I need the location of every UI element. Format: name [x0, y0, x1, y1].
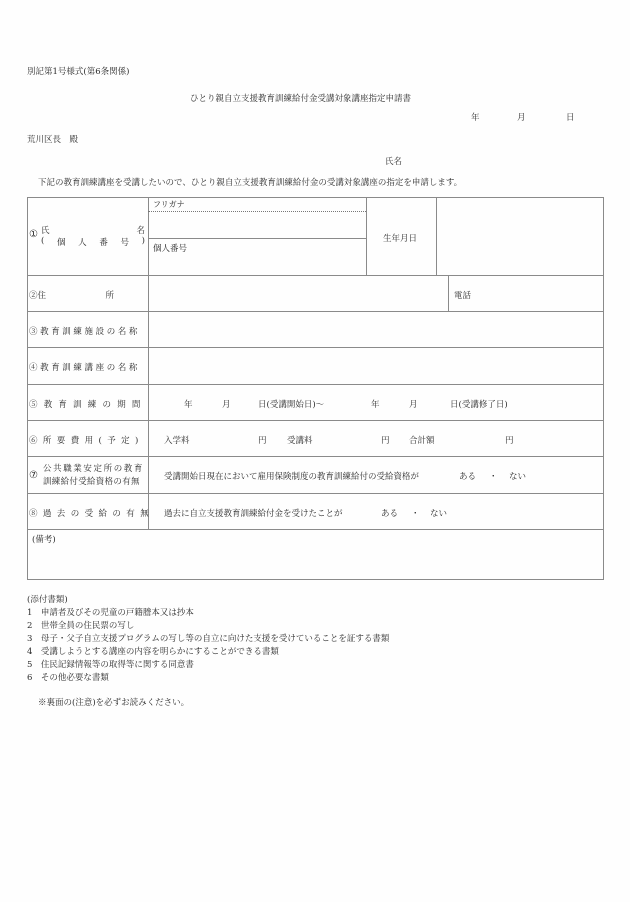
row8-option-no[interactable]: ない [430, 507, 447, 519]
row-divider [27, 347, 604, 348]
remarks-field[interactable] [29, 545, 602, 577]
tuition-field[interactable] [318, 428, 378, 448]
birthdate-column-left [366, 197, 367, 275]
name-field[interactable] [150, 213, 364, 237]
course-name-label: ④教育訓練講座の名称 [29, 361, 140, 373]
table-border-top [27, 197, 604, 198]
row-divider [27, 529, 604, 530]
notice-text: ※裏面の(注意)を必ずお読みください。 [38, 696, 189, 708]
furigana-divider [148, 211, 366, 212]
end-day-label: 日(受講修了日) [450, 398, 508, 410]
facility-name-field[interactable] [150, 313, 602, 346]
furigana-label: フリガナ [153, 199, 185, 210]
mynumber-field[interactable] [150, 252, 364, 274]
date-day-label: 日 [566, 111, 575, 123]
start-day-label: 日(受講開始日)～ [258, 398, 324, 410]
attachment-item: 4 受講しようとする講座の内容を明らかにすることができる書類 [27, 645, 279, 657]
row7-label-line1: 公共職業安定所の教育 [43, 462, 144, 474]
row7-separator: ・ [489, 470, 498, 482]
birthdate-label: 生年月日 [383, 232, 417, 244]
admission-label: 入学料 [164, 434, 190, 446]
row-divider [27, 493, 604, 494]
form-number: 別記第1号様式(第6条関係) [27, 65, 129, 77]
tuition-label: 受講料 [287, 434, 313, 446]
end-year-label: 年 [371, 398, 380, 410]
row7-label-line2: 訓練給付受給資格の有無 [43, 475, 140, 487]
start-month-label: 月 [222, 398, 231, 410]
birthdate-column-right [436, 197, 437, 275]
page-title: ひとり親自立支援教育訓練給付金受講対象講座指定申請書 [190, 92, 411, 104]
intro-text: 下記の教育訓練講座を受講したいので、ひとり親自立支援教育訓練給付金の受講対象講座… [38, 176, 462, 188]
row8-option-yes[interactable]: ある [381, 507, 398, 519]
phone-divider [448, 275, 449, 311]
cost-label: ⑥所要費用(予定) [29, 434, 144, 446]
attachments-heading: (添付書類) [27, 593, 68, 605]
name-number-divider [148, 238, 366, 239]
attachment-item: 1 申請者及びその児童の戸籍謄本又は抄本 [27, 606, 194, 618]
attachment-item: 2 世帯全員の住民票の写し [27, 619, 134, 631]
label-column-divider [148, 197, 149, 529]
phone-label: 電話 [454, 289, 471, 301]
addressee: 荒川区長 殿 [27, 133, 78, 145]
row7-option-yes[interactable]: ある [459, 470, 476, 482]
attachment-item: 5 住民記録情報等の取得等に関する同意書 [27, 658, 194, 670]
address-label: ②住 所 [29, 289, 114, 301]
row8-text: 過去に自立支援教育訓練給付金を受けたことが [164, 507, 343, 519]
row-divider [27, 456, 604, 457]
row1-number: ① [29, 229, 38, 240]
row7-text: 受講開始日現在において雇用保険制度の教育訓練給付の受給資格が [164, 470, 419, 482]
date-year-label: 年 [471, 111, 480, 123]
table-border-left [27, 197, 28, 580]
row1-label-top: 氏 名 [41, 224, 145, 236]
row-divider [27, 420, 604, 421]
row-divider [27, 384, 604, 385]
admission-unit: 円 [258, 434, 267, 446]
end-month-label: 月 [409, 398, 418, 410]
remarks-label: (備考) [32, 533, 56, 545]
total-field[interactable] [440, 428, 502, 448]
facility-name-label: ③教育訓練施設の名称 [29, 325, 140, 337]
total-unit: 円 [505, 434, 514, 446]
row8-separator: ・ [411, 507, 420, 519]
table-border-right [603, 197, 604, 580]
date-month-label: 月 [517, 111, 526, 123]
row7-number: ⑦ [29, 470, 38, 481]
period-label: ⑤教育訓練の期間 [29, 398, 147, 410]
attachment-item: 3 母子・父子自立支援プログラムの写し等の自立に向けた支援を受けていることを証す… [27, 632, 389, 644]
row1-label-bottom: ( 個 人 番 号 ) [41, 236, 145, 248]
row-divider [27, 311, 604, 312]
birthdate-field[interactable] [438, 199, 602, 274]
row7-option-no[interactable]: ない [509, 470, 526, 482]
address-field[interactable] [150, 277, 446, 310]
phone-field[interactable] [478, 277, 602, 310]
tuition-unit: 円 [381, 434, 390, 446]
table-border-bottom [27, 579, 604, 580]
start-year-label: 年 [184, 398, 193, 410]
applicant-name-label: 氏名 [385, 155, 402, 167]
admission-field[interactable] [195, 428, 255, 448]
past-receipt-label: ⑧過去の受給の有無 [29, 507, 154, 519]
attachment-item: 6 その他必要な書類 [27, 671, 109, 683]
course-name-field[interactable] [150, 349, 602, 382]
row-divider [27, 275, 604, 276]
total-label: 合計額 [409, 434, 435, 446]
